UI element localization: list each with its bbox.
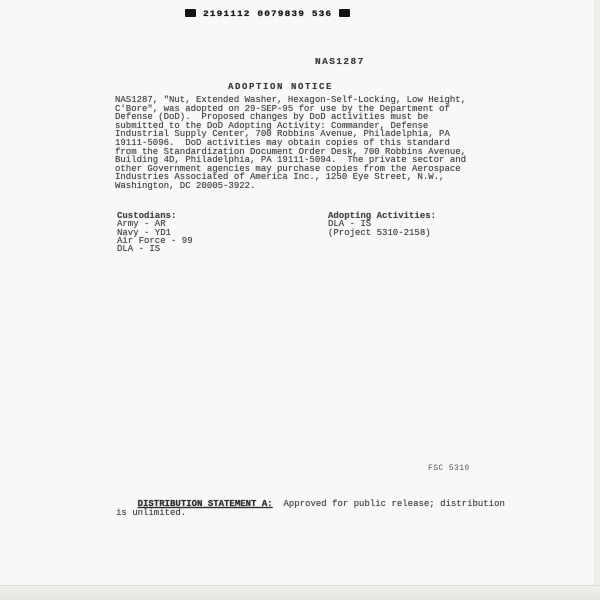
fsc-code: FSC 5310 xyxy=(428,464,470,473)
adoption-notice-title: ADOPTION NOTICE xyxy=(228,82,333,92)
header-code-text: 2191112 0079839 536 xyxy=(203,8,332,18)
custodian-item-dla: DLA - IS xyxy=(117,245,193,253)
scan-page-bottom-edge xyxy=(0,585,600,600)
scan-header-code: 2191112 0079839 536 xyxy=(185,8,350,18)
header-left-square-mark xyxy=(185,9,196,17)
adopting-activities-block: Adopting Activities: DLA - IS (Project 5… xyxy=(328,212,436,237)
distribution-statement: DISTRIBUTION STATEMENT A: Approved for p… xyxy=(116,491,496,526)
document-number: NAS1287 xyxy=(315,56,365,67)
adoption-notice-body: NAS1287, "Nut, Extended Washer, Hexagon-… xyxy=(115,96,466,191)
scan-page-right-edge xyxy=(594,0,600,600)
adopting-project-number: (Project 5310-2158) xyxy=(328,229,436,237)
custodians-block: Custodians: Army - AR Navy - YD1 Air For… xyxy=(117,212,193,253)
header-right-square-mark xyxy=(339,9,350,17)
scanned-document-page: 2191112 0079839 536 NAS1287 ADOPTION NOT… xyxy=(0,0,600,600)
